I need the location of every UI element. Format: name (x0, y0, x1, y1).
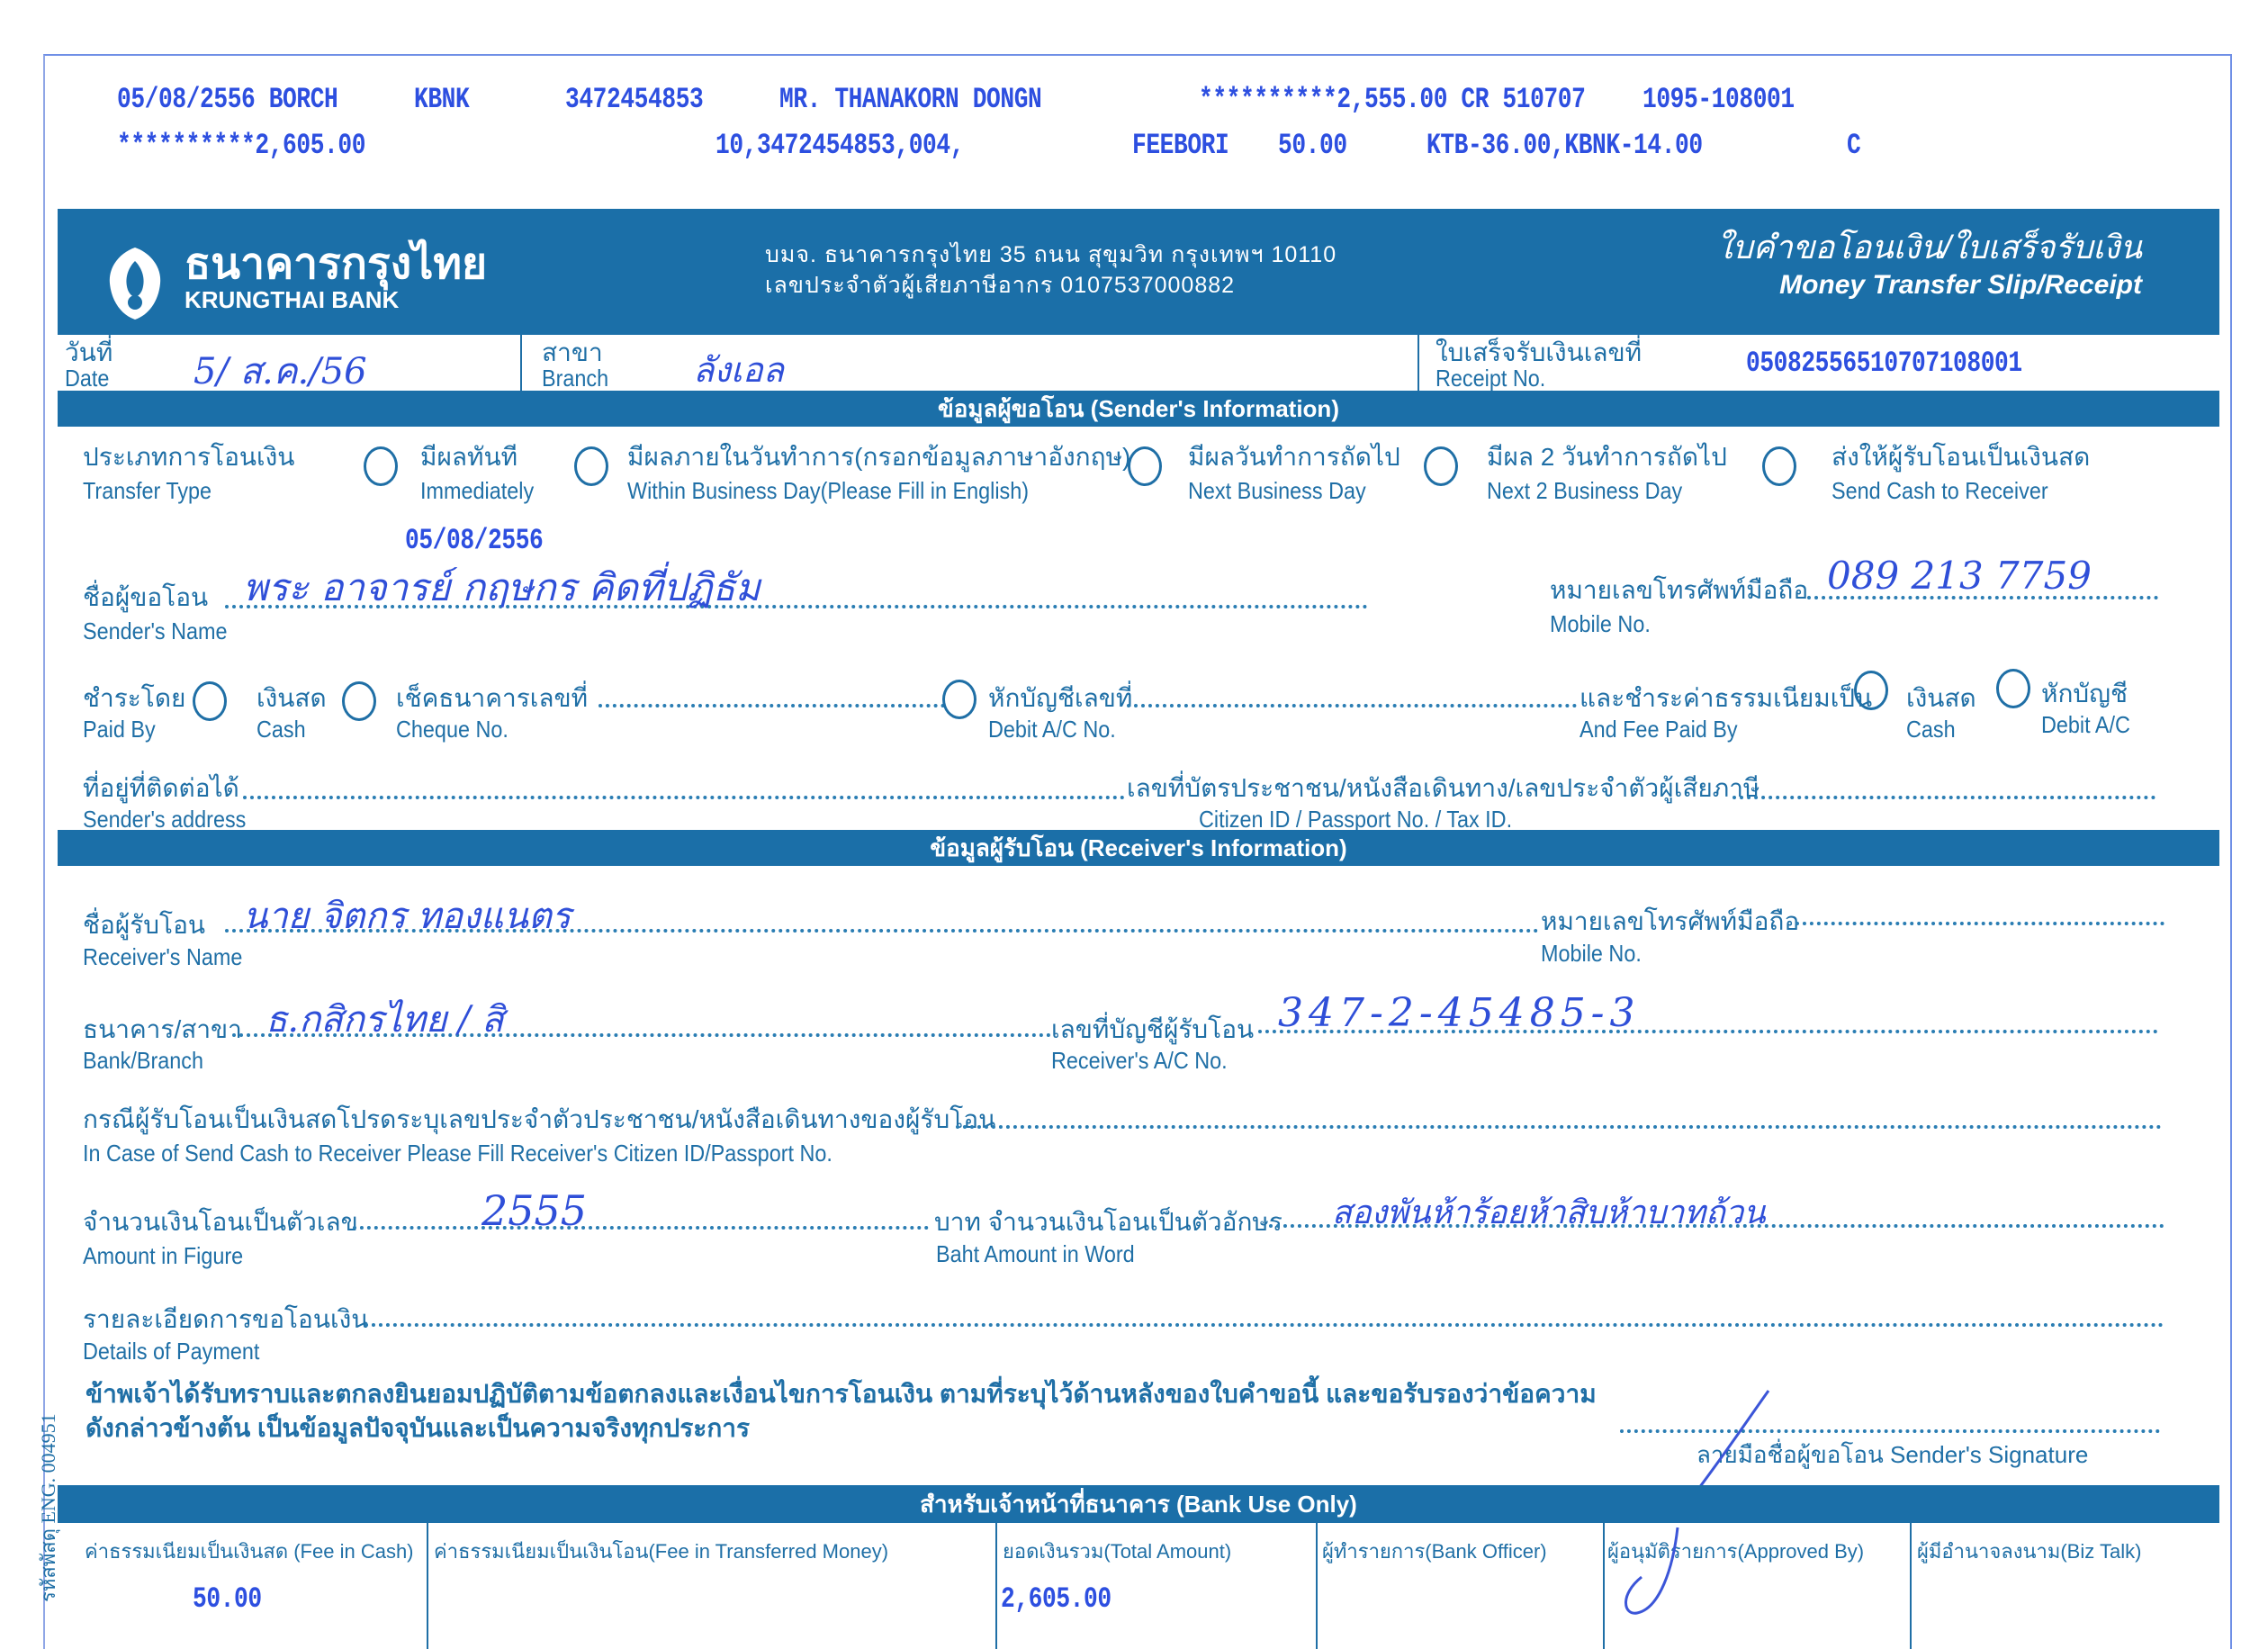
col-fee-transfer-header: ค่าธรรมเนียมเป็นเงินโอน(Fee in Transferr… (434, 1536, 888, 1567)
amount-figure-label-en: Amount in Figure (83, 1242, 243, 1269)
branch-label-th: สาขา (542, 338, 603, 367)
date-label-en: Date (65, 365, 109, 392)
bank-use-section-header: สำหรับเจ้าหน้าที่ธนาคาร (Bank Use Only) (58, 1485, 2219, 1523)
cheque-number-field[interactable] (598, 704, 945, 707)
sender-mobile-label-th: หมายเลขโทรศัพท์มือถือ (1550, 576, 1808, 605)
paid-by-label-en: Paid By (83, 716, 156, 743)
divider (995, 1523, 997, 1649)
fee-debit-en: Debit A/C (2041, 711, 2130, 738)
divider (520, 335, 522, 391)
sender-mobile-field[interactable]: 089 213 7759 (1827, 554, 2092, 598)
sender-mobile-label-en: Mobile No. (1550, 610, 1651, 637)
branch-field[interactable]: ลังเอล (693, 342, 784, 397)
debit-label-th: หักบัญชีเลขที่ (988, 684, 1132, 713)
fee-paid-label-th: และชำระค่าธรรมเนียมเป็น (1579, 684, 1872, 713)
date-label-th: วันที่ (65, 338, 112, 367)
print-total: **********2,605.00 (117, 129, 365, 162)
paid-cash-th: เงินสด (256, 684, 327, 713)
details-label-th: รายละเอียดการขอโอนเงิน (83, 1305, 368, 1334)
paid-cash-en: Cash (256, 716, 306, 743)
details-field[interactable] (364, 1323, 2164, 1327)
option-next-day-th: มีผลวันทำการถัดไป (1188, 443, 1400, 472)
print-date-branch: 05/08/2556 BORCH (117, 83, 337, 116)
form-title-en: Money Transfer Slip/Receipt (1779, 270, 2142, 301)
details-label-en: Details of Payment (83, 1338, 259, 1365)
receiver-mobile-field[interactable] (1795, 922, 2164, 925)
print-fee: 50.00 (1278, 129, 1347, 162)
radio-fee-debit[interactable] (1996, 669, 2030, 708)
print-fee-split: KTB-36.00,KBNK-14.00 (1426, 129, 1703, 162)
option-immediately-en: Immediately (420, 477, 534, 504)
print-amount-cr: **********2,555.00 CR 510707 (1199, 83, 1585, 116)
print-account-seq: 10,3472454853,004, (715, 129, 964, 162)
radio-next-2-business-day[interactable] (1424, 446, 1458, 486)
cheque-label-en: Cheque No. (396, 716, 508, 743)
form-title-th: ใบคำขอโอนเงิน/ใบเสร็จรับเงิน (1716, 230, 2142, 266)
radio-next-business-day[interactable] (1128, 446, 1162, 486)
option-send-cash-th: ส่งให้ผู้รับโอนเป็นเงินสด (1831, 443, 2090, 472)
receiver-section-header: ข้อมูลผู้รับโอน (Receiver's Information) (58, 830, 2219, 866)
declaration-line-2: ดังกล่าวข้างต้น เป็นข้อมูลปัจจุบันและเป็… (85, 1413, 750, 1444)
divider (427, 1523, 428, 1649)
receipt-number: 05082556510707108001 (1746, 347, 2022, 380)
debit-label-en: Debit A/C No. (988, 716, 1116, 743)
bank-name-th: ธนาคารกรุงไทย (184, 241, 487, 288)
sender-name-field[interactable]: พระ อาจารย์ กฤษกร คิดที่ปฏิธัม (243, 558, 760, 617)
citizen-label-en: Citizen ID / Passport No. / Tax ID. (1199, 806, 1512, 833)
radio-within-business-day[interactable] (574, 446, 608, 486)
branch-label-en: Branch (542, 365, 608, 392)
sender-address-field[interactable] (243, 796, 1125, 799)
krungthai-bird-logo-icon (99, 243, 171, 324)
transfer-type-label-th: ประเภทการโอนเงิน (83, 443, 294, 472)
option-next-2-day-en: Next 2 Business Day (1487, 477, 1682, 504)
bank-tax-id: เลขประจำตัวผู้เสียภาษีอากร 0107537000882 (765, 272, 1235, 299)
receiver-name-label-en: Receiver's Name (83, 943, 242, 970)
option-next-day-en: Next Business Day (1188, 477, 1366, 504)
cash-receiver-id-label-en: In Case of Send Cash to Receiver Please … (83, 1140, 832, 1167)
fee-cash-value: 50.00 (193, 1582, 262, 1616)
amount-figure-line (353, 1226, 929, 1230)
amount-figure-field[interactable]: 2555 (481, 1186, 587, 1235)
print-name: MR. THANAKORN DONGN (779, 83, 1041, 116)
sender-section-header: ข้อมูลผู้ขอโอน (Sender's Information) (58, 391, 2219, 427)
amount-word-label-en: Baht Amount in Word (936, 1240, 1135, 1267)
option-next-2-day-th: มีผล 2 วันทำการถัดไป (1487, 443, 1727, 472)
col-fee-cash-header: ค่าธรรมเนียมเป็นเงินสด (Fee in Cash) (85, 1536, 414, 1567)
address-label-en: Sender's address (83, 806, 246, 833)
option-send-cash-en: Send Cash to Receiver (1831, 477, 2048, 504)
col-officer-header: ผู้ทำรายการ(Bank Officer) (1322, 1536, 1547, 1567)
radio-paid-debit[interactable] (942, 680, 976, 719)
amount-figure-label-th: จำนวนเงินโอนเป็นตัวเลข (83, 1208, 358, 1237)
transfer-type-label-en: Transfer Type (83, 477, 211, 504)
bank-use-table: ค่าธรรมเนียมเป็นเงินสด (Fee in Cash) ค่า… (58, 1523, 2219, 1649)
receiver-account-label-en: Receiver's A/C No. (1051, 1047, 1228, 1074)
divider (1316, 1523, 1318, 1649)
radio-paid-cash[interactable] (193, 681, 227, 721)
print-flag: C (1847, 129, 1860, 162)
receiver-name-field[interactable]: นาย จิตกร ทองแนตร (243, 887, 571, 944)
radio-paid-cheque[interactable] (342, 681, 376, 721)
form-code: รหัสพัสดุ ENG. 004951 (32, 1413, 64, 1602)
citizen-id-field[interactable] (1732, 796, 2155, 799)
paid-by-label-th: ชำระโดย (83, 684, 185, 713)
sender-name-label-th: ชื่อผู้ขอโอน (83, 583, 208, 612)
transfer-date-stamp: 05/08/2556 (405, 524, 543, 557)
radio-send-cash[interactable] (1762, 446, 1796, 486)
divider (1910, 1523, 1912, 1649)
divider (1417, 335, 1419, 391)
receiver-account-label-th: เลขที่บัญชีผู้รับโอน (1051, 1015, 1254, 1044)
col-total-header: ยอดเงินรวม(Total Amount) (1003, 1536, 1231, 1567)
option-within-day-en: Within Business Day(Please Fill in Engli… (627, 477, 1029, 504)
print-bank-code: KBNK (414, 83, 469, 116)
print-ref: 1095-108001 (1642, 83, 1795, 116)
bank-name-en: KRUNGTHAI BANK (184, 286, 399, 313)
radio-fee-cash[interactable] (1854, 671, 1888, 710)
approval-signature-icon (1588, 1523, 1696, 1631)
bank-address: บมจ. ธนาคารกรุงไทย 35 ถนน สุขุมวิท กรุงเ… (765, 241, 1336, 268)
receiver-name-label-th: ชื่อผู้รับโอน (83, 911, 205, 940)
radio-immediately[interactable] (364, 446, 398, 486)
receiver-bank-field[interactable]: ธ.กสิกรไทย / สิ (265, 990, 504, 1048)
receipt-label-en: Receipt No. (1435, 365, 1545, 392)
cheque-label-th: เช็คธนาคารเลขที่ (396, 684, 588, 713)
receiver-bank-label-th: ธนาคาร/สาขา (83, 1015, 242, 1044)
debit-account-field[interactable] (1127, 704, 1577, 707)
amount-word-field[interactable]: สองพันห้าร้อยห้าสิบห้าบาทถ้วน (1332, 1186, 1766, 1238)
cash-receiver-id-field[interactable] (956, 1125, 2162, 1129)
receiver-mobile-label-en: Mobile No. (1541, 940, 1642, 967)
declaration-line-1: ข้าพเจ้าได้รับทราบและตกลงยินยอมปฏิบัติตา… (85, 1379, 1597, 1410)
fee-paid-label-en: And Fee Paid By (1579, 716, 1738, 743)
receiver-account-field[interactable]: 347-2-45485-3 (1278, 990, 1641, 1036)
fee-cash-en: Cash (1906, 716, 1956, 743)
total-amount-value: 2,605.00 (1001, 1582, 1111, 1616)
option-within-day-th: มีผลภายในวันทำการ(กรอกข้อมูลภาษาอังกฤษ) (627, 443, 1130, 472)
cash-receiver-id-label-th: กรณีผู้รับโอนเป็นเงินสดโปรดระบุเลขประจำต… (83, 1105, 995, 1134)
fee-cash-th: เงินสด (1906, 684, 1976, 713)
print-branch-code: FEEBORI (1132, 129, 1228, 162)
sender-name-label-en: Sender's Name (83, 617, 228, 644)
col-biz-talk-header: ผู้มีอำนาจลงนาม(Biz Talk) (1917, 1536, 2141, 1567)
option-immediately-th: มีผลทันที (420, 443, 517, 472)
amount-word-label-th: บาท จำนวนเงินโอนเป็นตัวอักษร (934, 1208, 1282, 1237)
address-label-th: ที่อยู่ที่ติดต่อได้ (83, 774, 239, 803)
receipt-label-th: ใบเสร็จรับเงินเลขที่ (1435, 338, 1642, 367)
print-account: 3472454853 (565, 83, 703, 116)
receiver-bank-label-en: Bank/Branch (83, 1047, 203, 1074)
receiver-mobile-label-th: หมายเลขโทรศัพท์มือถือ (1541, 907, 1799, 936)
citizen-label-th: เลขที่บัตรประชาชน/หนังสือเดินทาง/เลขประจ… (1127, 774, 1759, 803)
fee-debit-th: หักบัญชี (2041, 680, 2128, 708)
